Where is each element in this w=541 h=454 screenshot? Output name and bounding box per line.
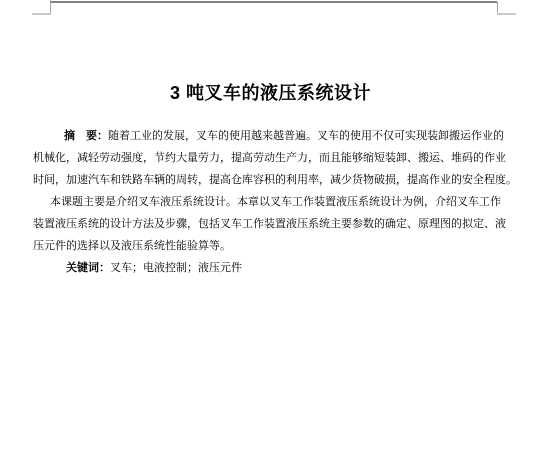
abstract-label: 摘 要： xyxy=(64,130,108,142)
abstract-line-2: 机械化，减轻劳动强度，节约大量劳力，提高劳动生产力，而且能够缩短装卸、搬运、堆码… xyxy=(33,151,506,165)
document-page[interactable]: 3 吨叉车的液压系统设计 摘 要：随着工业的发展，叉车的使用越来越普遍。叉车的使… xyxy=(0,0,541,454)
page-top-border-line xyxy=(50,1,497,3)
page-corner-left-horizontal-mark xyxy=(32,13,51,15)
page-corner-right-horizontal-mark xyxy=(497,13,516,15)
abstract-line-1: 摘 要：随着工业的发展，叉车的使用越来越普遍。叉车的使用不仅可实现装卸搬运作业的 xyxy=(64,129,504,143)
abstract-line-4: 本课题主要是介绍叉车液压系统设计。本章以叉车工作装置液压系统设计为例，介绍叉车工… xyxy=(50,195,501,209)
document-title: 3 吨叉车的液压系统设计 xyxy=(0,83,541,103)
abstract-line-5: 装置液压系统的设计方法及步骤，包括叉车工作装置液压系统主要参数的确定、原理图的拟… xyxy=(33,217,506,231)
keywords-line: 关键词：叉车；电液控制；液压元件 xyxy=(66,261,242,275)
abstract-line-6: 压元件的选择以及液压系统性能验算等。 xyxy=(33,239,231,253)
keywords-label: 关键词： xyxy=(66,262,110,274)
abstract-line-3: 时间，加速汽车和铁路车辆的周转，提高仓库容积的利用率，减少货物破损，提高作业的安… xyxy=(33,173,517,187)
abstract-line-1-text: 随着工业的发展，叉车的使用越来越普遍。叉车的使用不仅可实现装卸搬运作业的 xyxy=(108,130,504,142)
keywords-text: 叉车；电液控制；液压元件 xyxy=(110,262,242,274)
page-corner-left-vertical-mark xyxy=(50,0,51,14)
